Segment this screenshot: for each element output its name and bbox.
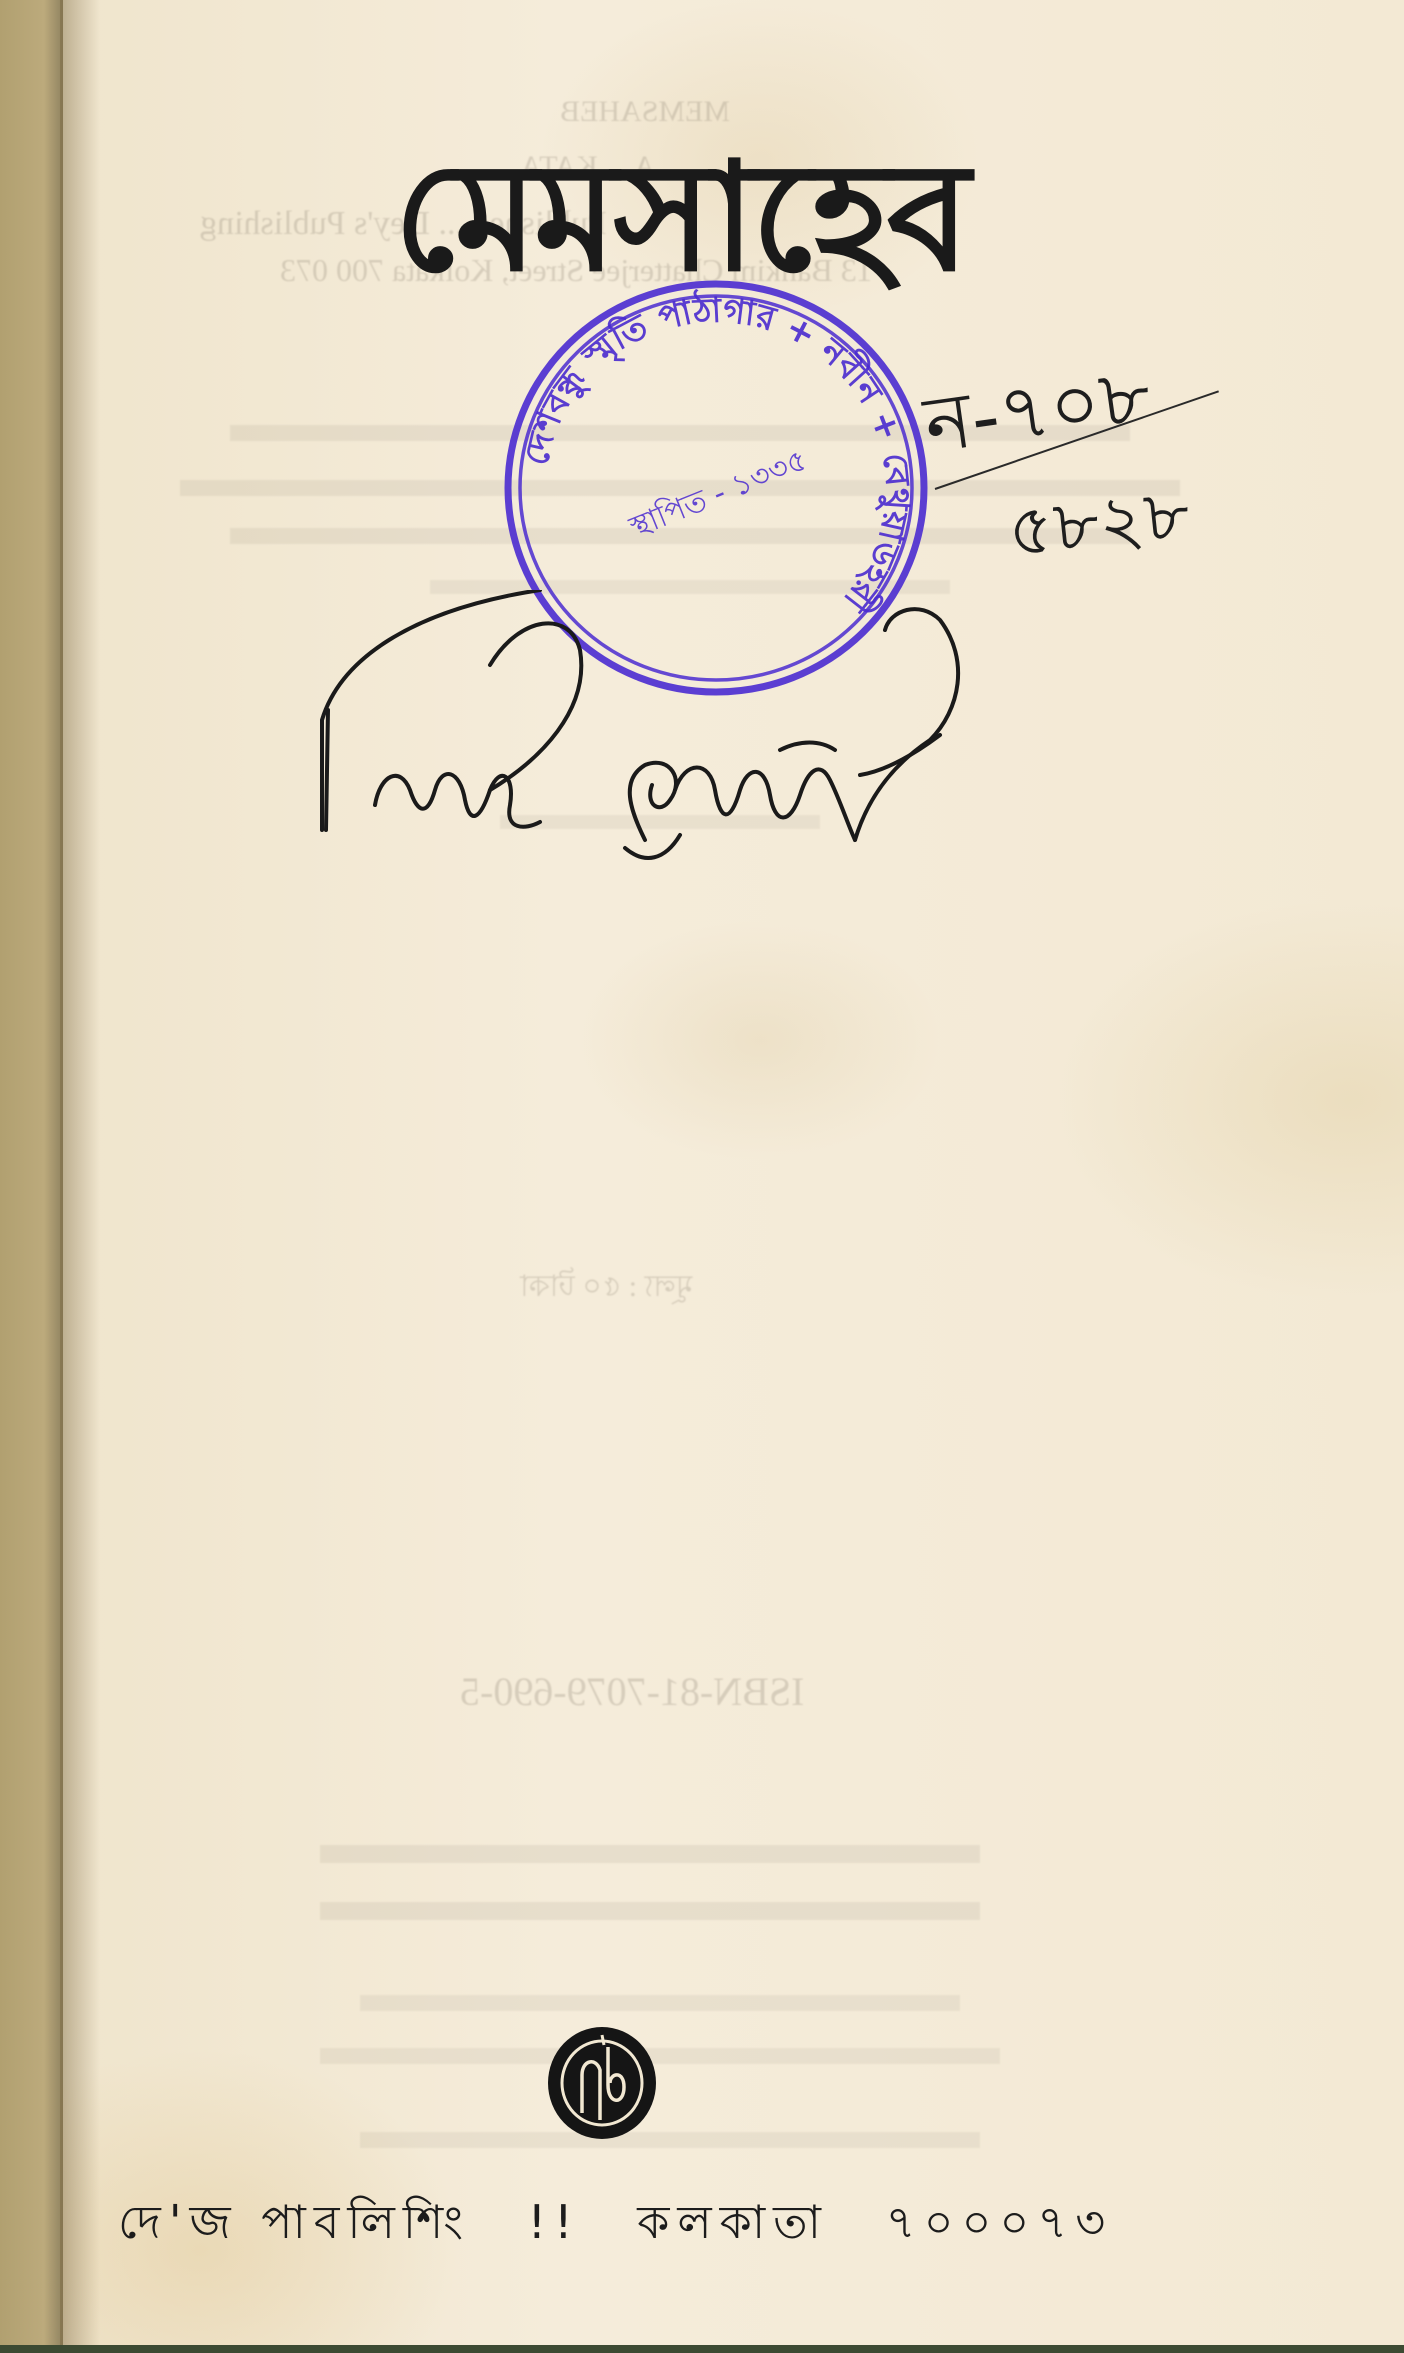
stamp-center-text: স্থাপিত - ১৩৩৫ xyxy=(623,442,812,546)
publisher-logo-icon xyxy=(546,2025,658,2141)
publisher-city: কলকাতা xyxy=(637,2195,829,2249)
publisher-imprint: দে'জ পাবলিশিং !! কলকাতা ৭০০০৭৩ xyxy=(118,2188,1147,2264)
book-cover-edge xyxy=(0,0,63,2353)
bleed-through-block xyxy=(320,2048,1000,2064)
bleed-through-isbn: ISBN-81-7079-690-5 xyxy=(460,1668,804,1715)
cover-bottom-edge xyxy=(0,2345,1404,2353)
imprint-separator: !! xyxy=(528,2195,581,2249)
bleed-through-block xyxy=(320,1902,980,1920)
bleed-through-price: মূল্য : ৫০ টাকা xyxy=(520,1262,692,1313)
gutter-shadow xyxy=(60,0,100,2353)
bleed-through-title: MEMSAHEB xyxy=(560,95,730,129)
bleed-through-block xyxy=(360,2132,980,2148)
publisher-pin: ৭০০০৭৩ xyxy=(886,2195,1113,2249)
author-signature: নিমাই ভট্টাচার্য xyxy=(300,590,980,860)
handwritten-accession-number: ৫৮২৮ xyxy=(1003,460,1196,595)
bleed-through-block xyxy=(320,1845,980,1863)
bleed-through-block xyxy=(360,1995,960,2011)
publisher-name: দে'জ পাবলিশিং xyxy=(118,2195,471,2249)
book-title-page: MEMSAHEB A ... KATA Published ... Dey's … xyxy=(0,0,1404,2353)
